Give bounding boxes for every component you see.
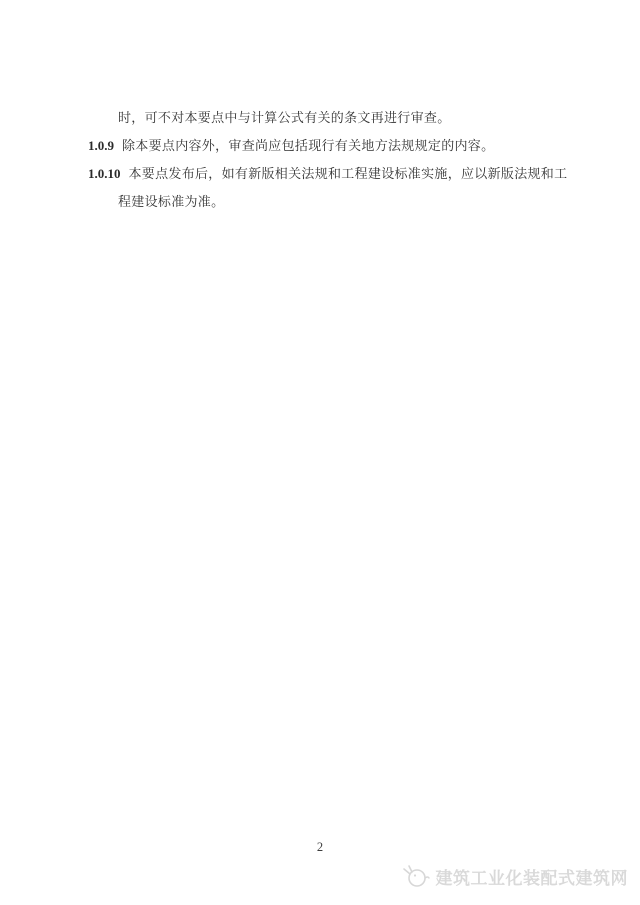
page-number: 2 [0, 840, 640, 855]
site-watermark: 建筑工业化装配式建筑网 [401, 861, 629, 891]
document-body: 时，可不对本要点中与计算公式有关的条文再进行审查。 1.0.9除本要点内容外，审… [88, 104, 578, 216]
clause-text: 除本要点内容外，审查尚应包括现行有关地方法规规定的内容。 [122, 138, 494, 153]
watermark-text: 建筑工业化装配式建筑网 [436, 864, 629, 889]
clause-continuation-line: 时，可不对本要点中与计算公式有关的条文再进行审查。 [88, 104, 578, 132]
clause-1-0-10-line1: 1.0.10本要点发布后，如有新版相关法规和工程建设标准实施，应以新版法规和工 [88, 160, 578, 188]
clause-number: 1.0.10 [88, 166, 121, 181]
clause-text: 本要点发布后，如有新版相关法规和工程建设标准实施，应以新版法规和工 [129, 166, 568, 181]
clause-1-0-10-line2: 程建设标准为准。 [88, 188, 578, 216]
clause-1-0-9: 1.0.9除本要点内容外，审查尚应包括现行有关地方法规规定的内容。 [88, 132, 578, 160]
bird-logo-icon [401, 861, 431, 891]
document-page: 时，可不对本要点中与计算公式有关的条文再进行审查。 1.0.9除本要点内容外，审… [0, 0, 640, 905]
clause-number: 1.0.9 [88, 138, 114, 153]
